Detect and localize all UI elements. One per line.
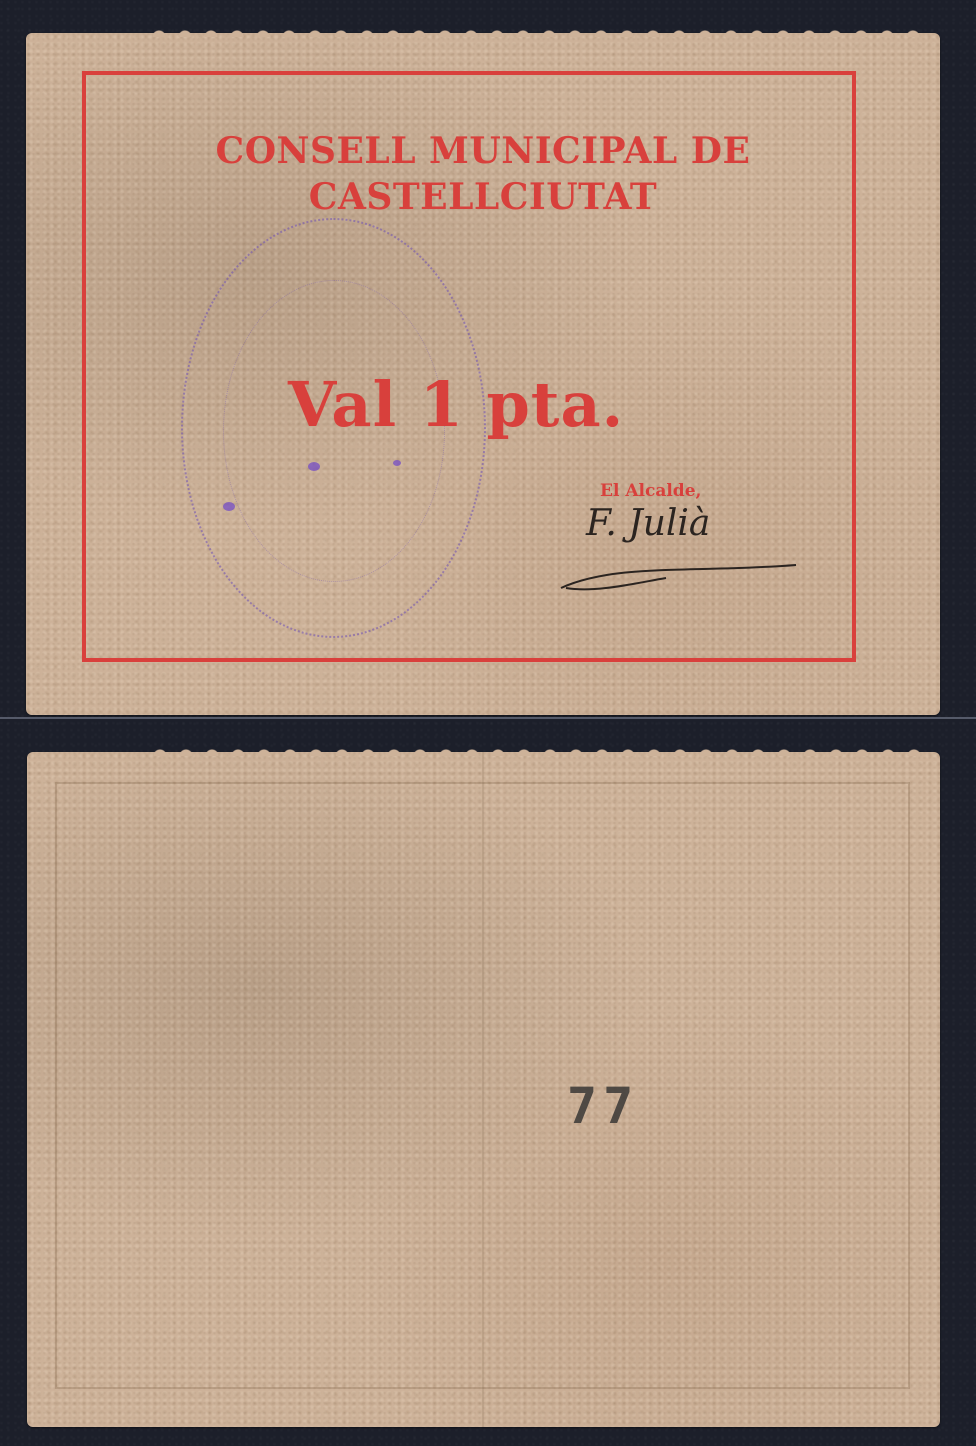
- torn-edge: [146, 27, 930, 37]
- mayor-label: El Alcalde,: [600, 481, 701, 501]
- fold-crease: [482, 752, 484, 1427]
- divider-line: [0, 717, 976, 719]
- ink-blot: [393, 460, 401, 466]
- torn-edge: [147, 746, 930, 756]
- issuer-line-1: CONSELL MUNICIPAL DE: [26, 128, 940, 174]
- banknote-back: 77: [27, 752, 940, 1427]
- denomination: Val 1 pta.: [288, 368, 624, 441]
- signature: F. Julià: [586, 503, 710, 544]
- banknote-front: CONSELL MUNICIPAL DE CASTELLCIUTAT Val 1…: [26, 33, 940, 715]
- issuer-title: CONSELL MUNICIPAL DE CASTELLCIUTAT: [26, 128, 940, 220]
- issuer-line-2: CASTELLCIUTAT: [26, 174, 940, 220]
- signature-flourish: [556, 543, 806, 593]
- ink-blot: [223, 502, 235, 511]
- ink-blot: [308, 462, 320, 471]
- serial-number: 77: [567, 1077, 639, 1135]
